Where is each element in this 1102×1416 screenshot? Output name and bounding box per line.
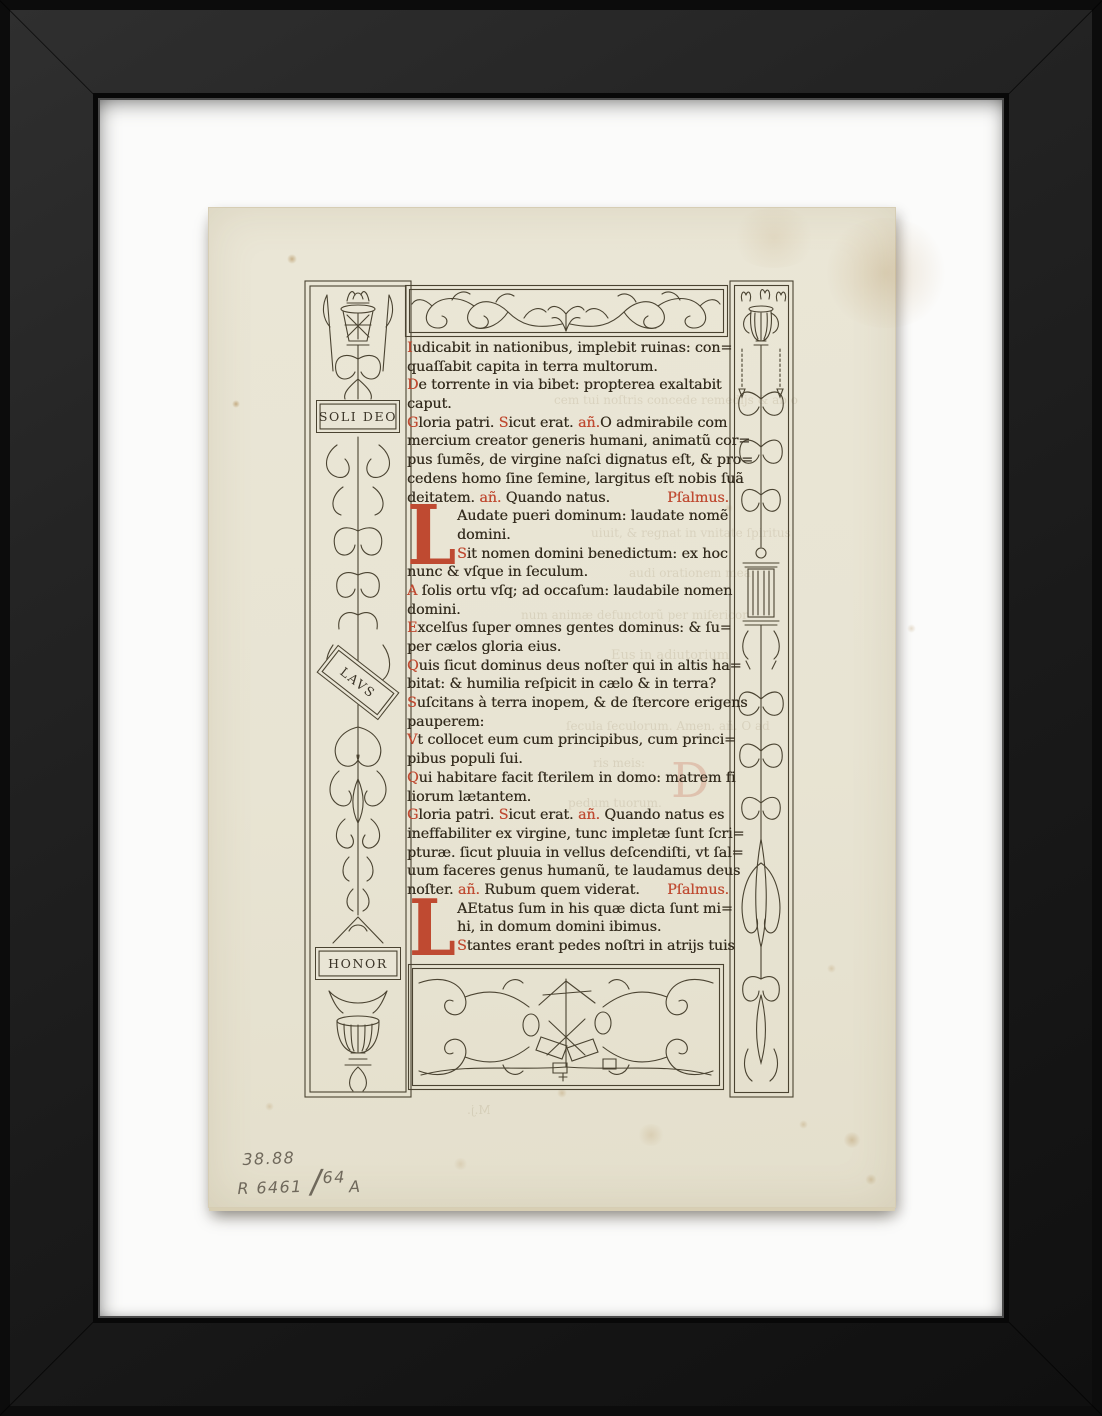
body-text: cedens homo ſine ſemine, largitus eſt no… (407, 471, 744, 487)
body-text: AEtatus ſum in his quæ dicta ſunt mi= (457, 901, 733, 917)
text-line-left: ineffabiliter ex virgine, tunc impletæ ſ… (407, 826, 744, 842)
rubric-text: S (499, 807, 509, 823)
text-line-left: Gloria patri. Sicut erat. añ.O admirabil… (407, 415, 727, 431)
rubric-text: añ. (458, 882, 480, 898)
text-line-left: domini. (407, 602, 461, 618)
stain (287, 254, 297, 264)
body-text: O admirabile com (600, 415, 727, 431)
rubric-text: A (407, 583, 417, 599)
text-line-left: Gloria patri. Sicut erat. añ. Quando nat… (407, 807, 724, 823)
text-line: AEtatus ſum in his quæ dicta ſunt mi= (407, 900, 733, 919)
text-line-left: Stantes erant pedes noſtri in atrijs tui… (457, 938, 735, 954)
stain (453, 1158, 468, 1170)
body-text: domini. (457, 527, 511, 543)
text-line-left: Audate pueri dominum: laudate nomẽ (457, 508, 728, 524)
left-candelabra-border: SOLI DEO LAVS HONOR (303, 279, 413, 1099)
body-text: pturæ. ſicut pluuia in vellus deſcendiſt… (407, 845, 743, 861)
text-line: hi, in domum domini ibimus. (407, 918, 733, 937)
text-line-left: mercium creator generis humani, animatũ … (407, 433, 750, 449)
text-line-left: AEtatus ſum in his quæ dicta ſunt mi= (457, 901, 733, 917)
text-line: liorum lætantem. (407, 788, 733, 807)
body-text: ineffabiliter ex virgine, tunc impletæ ſ… (407, 826, 744, 842)
framed-artwork: cem tui noſtris concede remedijs & ab ou… (0, 0, 1102, 1416)
print-leaf: cem tui noſtris concede remedijs & ab ou… (208, 207, 896, 1208)
body-text: mercium creator generis humani, animatũ … (407, 433, 750, 449)
text-line-left: pauperem: (407, 714, 484, 730)
text-line-left: A ſolis ortu vſq; ad occaſum: laudabile … (407, 583, 732, 599)
rubric-text: S (457, 546, 467, 562)
foliate-scroll-band-icon (404, 284, 729, 338)
body-text: per cælos gloria eius. (407, 639, 561, 655)
text-line: Suſcitans à terra inopem, & de ſtercore … (407, 694, 733, 713)
stain (865, 1174, 877, 1185)
body-text: Rubum quem viderat. (480, 882, 640, 898)
text-line-left: pibus populi ſui. (407, 751, 523, 767)
stain (799, 1120, 808, 1129)
text-line-left: hi, in domum domini ibimus. (457, 919, 661, 935)
stain (843, 1132, 861, 1148)
rubric-text: Pſalmus. (667, 490, 729, 506)
candelabra-ornament-icon (728, 279, 795, 1099)
mat-board: cem tui noſtris concede remedijs & ab ou… (100, 100, 1002, 1316)
text-line-left: Excelſus ſuper omnes gentes dominus: & ſ… (407, 620, 732, 636)
stain (729, 208, 819, 268)
text-line: bitat: & humilia reſpicit in cælo & in t… (407, 675, 733, 694)
text-line: pibus populi ſui. (407, 750, 733, 769)
stain (232, 400, 240, 408)
text-line: cedens homo ſine ſemine, largitus eſt no… (407, 470, 733, 489)
rubric-text: V (407, 732, 417, 748)
text-line-left: De torrente in via bibet: propterea exal… (407, 377, 722, 393)
stain (637, 1124, 665, 1146)
body-text: uis ſicut dominus deus noſter qui in alt… (419, 658, 742, 674)
drop-cap-initial: L (409, 899, 456, 960)
accession-suffix-number: 64 (322, 1167, 346, 1187)
body-text: pauperem: (407, 714, 484, 730)
text-line-left: caput. (407, 396, 452, 412)
text-line: A ſolis ortu vſq; ad occaſum: laudabile … (407, 582, 733, 601)
body-text: pus ſumẽs, de virgine naſci dignatus eſt… (407, 452, 753, 468)
text-line: Vt collocet eum cum principibus, cum pri… (407, 731, 733, 750)
body-text: it nomen domini benedictum: ex hoc (467, 546, 728, 562)
rubric-text: añ. (479, 490, 501, 506)
body-text: Audate pueri dominum: laudate nomẽ (457, 508, 728, 524)
text-line-left: uum faceres genus humanũ, te laudamus de… (407, 863, 740, 879)
text-line: pauperem: (407, 713, 733, 732)
body-text: bitat: & humilia reſpicit in cælo & in t… (407, 676, 716, 692)
text-line-left: domini. (457, 527, 511, 543)
body-text: tantes erant pedes noſtri in atrijs tuis (467, 938, 735, 954)
text-line: pus ſumẽs, de virgine naſci dignatus eſt… (407, 451, 733, 470)
rubric-text: E (407, 620, 417, 636)
accession-number-line2: R 6461 / 64 A (237, 1165, 362, 1207)
accession-prefix: R 6461 (237, 1176, 303, 1197)
body-text: udicabit in nationibus, implebit ruinas:… (413, 340, 733, 356)
foliate-trophy-panel-icon (407, 963, 725, 1091)
rubric-text: G (407, 807, 418, 823)
soli-deo-label: SOLI DEO (319, 409, 397, 424)
text-line-left: Iudicabit in nationibus, implebit ruinas… (407, 340, 732, 356)
rubric-text: añ. (578, 807, 600, 823)
soli-deo-plaque: SOLI DEO (316, 400, 400, 433)
body-text: quaſſabit capita in terra multorum. (407, 359, 658, 375)
text-line: Qui habitare facit ſterilem in domo: mat… (407, 769, 733, 788)
body-text: domini. (407, 602, 461, 618)
headpiece-border (404, 284, 729, 338)
text-line-left: Suſcitans à terra inopem, & de ſtercore … (407, 695, 747, 711)
body-text: xcelſus ſuper omnes gentes dominus: & ſu… (417, 620, 731, 636)
stain (821, 218, 951, 328)
text-line: ineffabiliter ex virgine, tunc impletæ ſ… (407, 825, 733, 844)
text-line: pturæ. ſicut pluuia in vellus deſcendiſt… (407, 844, 733, 863)
text-line: uum faceres genus humanũ, te laudamus de… (407, 862, 733, 881)
tailpiece-border (407, 963, 725, 1091)
rubric-text: D (407, 377, 418, 393)
right-candelabra-border (728, 279, 795, 1099)
text-line: Stantes erant pedes noſtri in atrijs tui… (407, 937, 733, 956)
body-text: e torrente in via bibet: propterea exalt… (418, 377, 721, 393)
psalm-text-block: Iudicabit in nationibus, implebit ruinas… (407, 339, 733, 956)
text-line-left: Qui habitare facit ſterilem in domo: mat… (407, 770, 735, 786)
body-text: ſolis ortu vſq; ad occaſum: laudabile no… (417, 583, 732, 599)
text-line: per cælos gloria eius. (407, 638, 733, 657)
drop-cap-initial: L (407, 505, 456, 569)
body-text: icut erat. (508, 415, 578, 431)
rubric-text: Q (407, 658, 419, 674)
rubric-text: S (499, 415, 509, 431)
body-text: t collocet eum cum principibus, cum prin… (417, 732, 736, 748)
text-line: Quis ſicut dominus deus noſter qui in al… (407, 657, 733, 676)
text-line: caput. (407, 395, 733, 414)
honor-plaque: HONOR (315, 947, 401, 980)
stain (265, 1102, 274, 1111)
text-line: Iudicabit in nationibus, implebit ruinas… (407, 339, 733, 358)
text-line: noſter. añ. Rubum quem viderat.Pſalmus. (407, 881, 733, 900)
text-line-left: Vt collocet eum cum principibus, cum pri… (407, 732, 736, 748)
body-text: uſcitans à terra inopem, & de ſtercore e… (417, 695, 748, 711)
show-through-text: M.j. (467, 1103, 491, 1117)
psalmus-label: Pſalmus. (667, 881, 729, 900)
body-text: loria patri. (418, 415, 498, 431)
honor-label: HONOR (328, 956, 388, 971)
text-line-left: pus ſumẽs, de virgine naſci dignatus eſt… (407, 452, 753, 468)
body-text: caput. (407, 396, 452, 412)
body-text: Quando natus es (600, 807, 724, 823)
text-line: Gloria patri. Sicut erat. añ. Quando nat… (407, 806, 733, 825)
text-line: Gloria patri. Sicut erat. añ.O admirabil… (407, 414, 733, 433)
rubric-text: añ. (578, 415, 600, 431)
rubric-text: G (407, 415, 418, 431)
text-line: domini. (407, 601, 733, 620)
body-text: Quando natus. (501, 490, 610, 506)
text-line-left: bitat: & humilia reſpicit in cælo & in t… (407, 676, 716, 692)
stain (827, 964, 836, 973)
text-line-left: cedens homo ſine ſemine, largitus eſt no… (407, 471, 744, 487)
text-line: Excelſus ſuper omnes gentes dominus: & ſ… (407, 619, 733, 638)
text-line-left: per cælos gloria eius. (407, 639, 561, 655)
body-text: liorum lætantem. (407, 789, 531, 805)
text-line: mercium creator generis humani, animatũ … (407, 432, 733, 451)
body-text: ui habitare facit ſterilem in domo: matr… (419, 770, 736, 786)
text-line-left: pturæ. ſicut pluuia in vellus deſcendiſt… (407, 845, 743, 861)
body-text: hi, in domum domini ibimus. (457, 919, 661, 935)
psalmus-label: Pſalmus. (667, 489, 729, 508)
rubric-text: Q (407, 770, 419, 786)
text-line-left: liorum lætantem. (407, 789, 531, 805)
text-line: quaſſabit capita in terra multorum. (407, 358, 733, 377)
rubric-text: Pſalmus. (667, 882, 729, 898)
text-line: De torrente in via bibet: propterea exal… (407, 376, 733, 395)
accession-suffix-letter: A (349, 1176, 362, 1195)
rubric-text: S (457, 938, 467, 954)
text-line-left: Sit nomen domini benedictum: ex hoc (457, 546, 728, 562)
stain (907, 624, 916, 633)
body-text: icut erat. (508, 807, 578, 823)
text-line-left: Quis ſicut dominus deus noſter qui in al… (407, 658, 741, 674)
body-text: pibus populi ſui. (407, 751, 523, 767)
accession-annotation: 38.88 R 6461 / 64 A (236, 1146, 362, 1207)
body-text: uum faceres genus humanũ, te laudamus de… (407, 863, 740, 879)
text-line-left: quaſſabit capita in terra multorum. (407, 359, 658, 375)
body-text: loria patri. (418, 807, 498, 823)
rubric-text: S (407, 695, 417, 711)
